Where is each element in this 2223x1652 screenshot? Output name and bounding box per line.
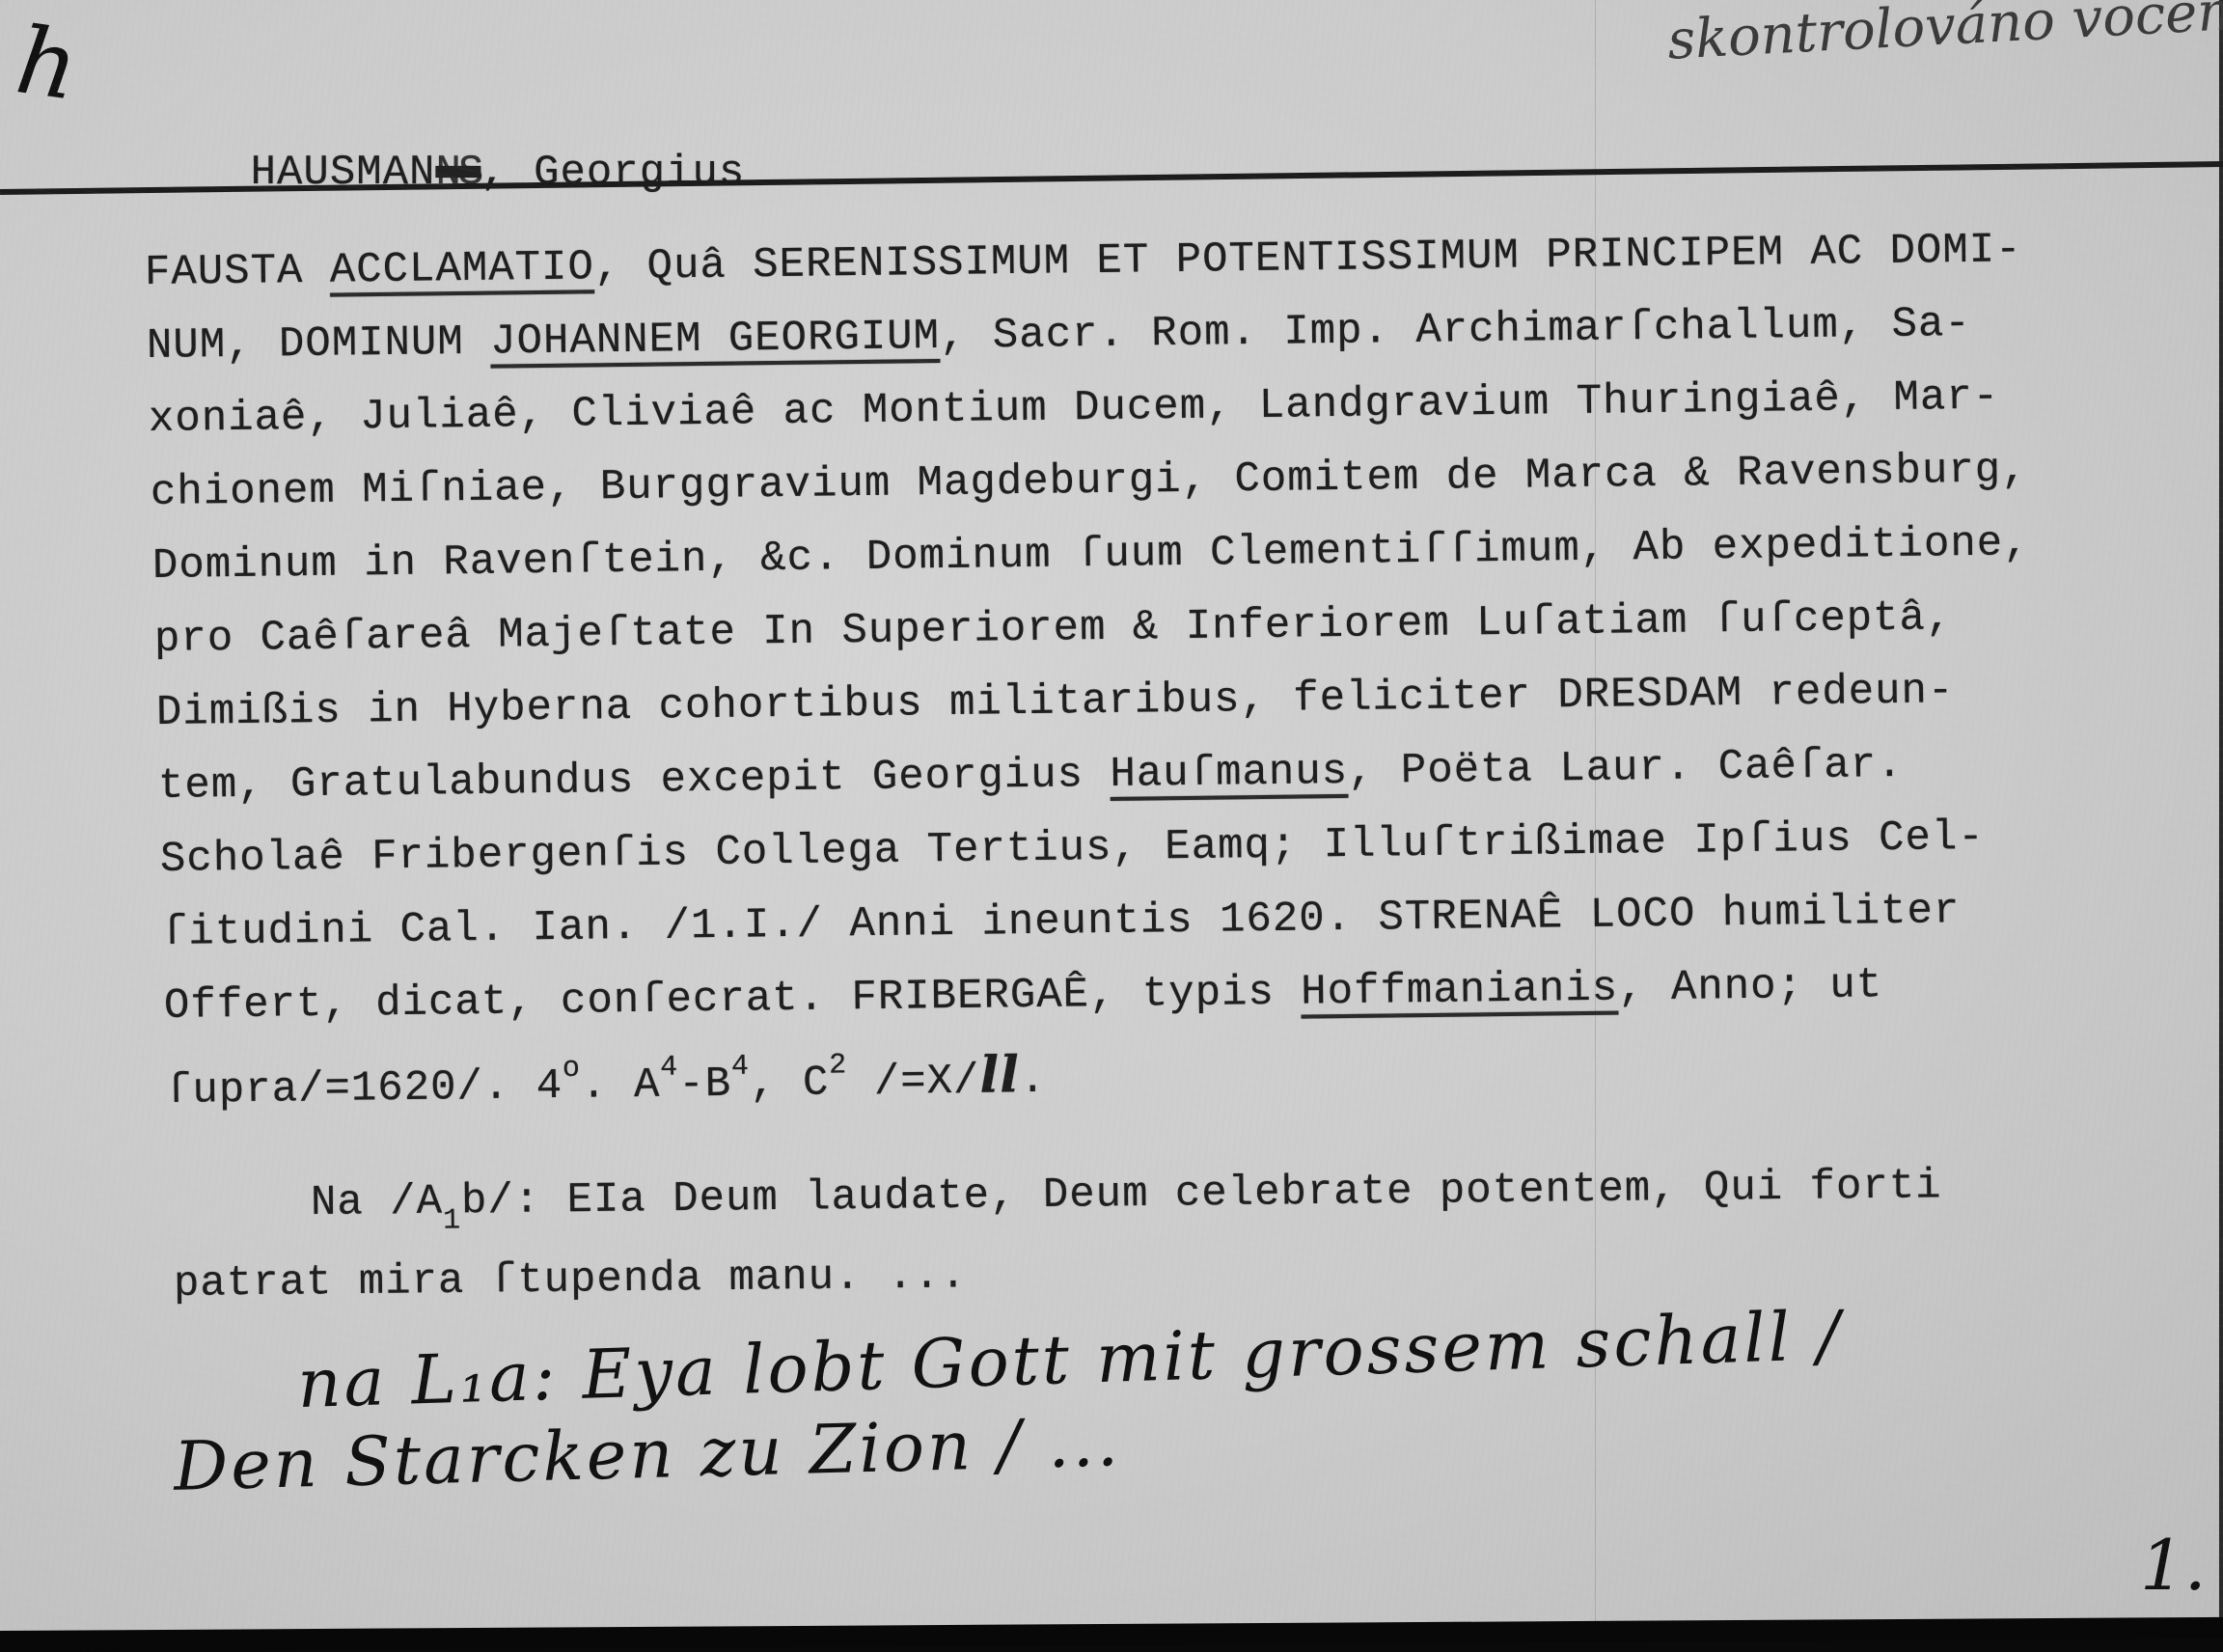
transcription-line: ſitudini Cal. Ian. /1.I./ Anni ineuntis … [162,887,1961,957]
superscript: 4 [660,1052,678,1085]
text-run: , Quâ SERENISSIMUM ET POTENTISSIMUM PRIN… [594,226,2022,291]
heading-given-name: , Georgius [480,149,745,197]
text-run: FAUSTA [145,247,330,297]
transcription-line: Dimißis in Hyberna cohortibus militaribu… [156,667,1955,737]
text-run: /=X/ [847,1058,980,1108]
text-run: Dimißis in Hyberna cohortibus militaribu… [156,667,1955,737]
transcription-line: chionem Miſniae, Burggravium Magdeburgi,… [151,446,2028,517]
text-run: NUM, DOMINUM [147,318,491,371]
text-run: pro Caêſareâ Majeſtate In Superiorem & I… [154,593,1953,664]
catalog-card: h skontrolováno vocem HAUSMANNS, Georgiu… [0,0,2223,1631]
heading-struck-suffix: NS [435,149,480,197]
incipit-line-1: Na /A1b/: EIa Deum laudate, Deum celebra… [311,1162,1942,1232]
text-run: Dominum in Ravenſtein, &c. Dominum ſuum … [152,519,2030,591]
subscript: 1 [443,1204,461,1237]
text-run: , Poëta Laur. Caêſar. [1348,741,1904,796]
superscript: 4 [731,1051,750,1084]
corner-mark: h [11,6,85,122]
transcription-line: Offert, dicat, conſecrat. FRIBERGAÊ, typ… [164,961,1883,1031]
text-run: b/: EIa Deum laudate, Deum celebrate pot… [461,1162,1942,1225]
transcription-line: tem, Gratulabundus excepit Georgius Hauſ… [158,741,1904,811]
text-run: Na /A [311,1178,444,1227]
text-run: , Anno; ut [1618,961,1883,1012]
text-run: ſitudini Cal. Ian. /1.I./ Anni ineuntis … [162,887,1961,957]
handwritten-insert: ll [979,1045,1020,1105]
superscript: o [563,1053,581,1086]
transcription-line: pro Caêſareâ Majeſtate In Superiorem & I… [154,593,1953,664]
text-run: tem, Gratulabundus excepit Georgius [158,751,1111,811]
text-run: . [1020,1057,1047,1105]
text-run: , C [750,1060,830,1109]
text-run: xoniaê, Juliaê, Cliviaê ac Montium Ducem… [149,373,2000,444]
text-run: Scholaê Fribergenſis Collega Tertius, Ea… [160,813,1985,884]
transcription-line: ſupra/=1620/. 4o. A4-B4, C2 /=X/ll. [166,1045,1047,1115]
text-run: chionem Miſniae, Burggravium Magdeburgi,… [151,446,2028,517]
text-run: . A [581,1061,661,1111]
transcription-line: Dominum in Ravenſtein, &c. Dominum ſuum … [152,519,2030,591]
underlined-term: JOHANNEM GEORGIUM [490,313,940,367]
text-run: Offert, dicat, conſecrat. FRIBERGAÊ, typ… [164,969,1302,1031]
heading: HAUSMANNS, Georgius [145,100,745,245]
page-mark: 1. [2140,1525,2207,1606]
incipit-line-2: patrat mira ſtupenda manu. ... [174,1252,968,1308]
transcription-line: Scholaê Fribergenſis Collega Tertius, Ea… [160,813,1985,884]
superscript: 2 [829,1050,847,1083]
text-run: , Sacr. Rom. Imp. Archimarſchallum, Sa- [940,300,1971,361]
underlined-term: ACCLAMATIO [330,243,595,294]
underlined-term: Hauſmanus [1110,748,1348,799]
transcription-line: xoniaê, Juliaê, Cliviaê ac Montium Ducem… [149,373,2000,444]
card-edge [2219,0,2223,1631]
text-run: ſupra/=1620/. 4 [166,1062,563,1115]
transcription-line: NUM, DOMINUM JOHANNEM GEORGIUM, Sacr. Ro… [147,300,1971,371]
underlined-term: Hoffmanianis [1301,965,1618,1017]
pencil-note: skontrolováno vocem [1666,0,2223,72]
text-run: -B [678,1060,731,1110]
